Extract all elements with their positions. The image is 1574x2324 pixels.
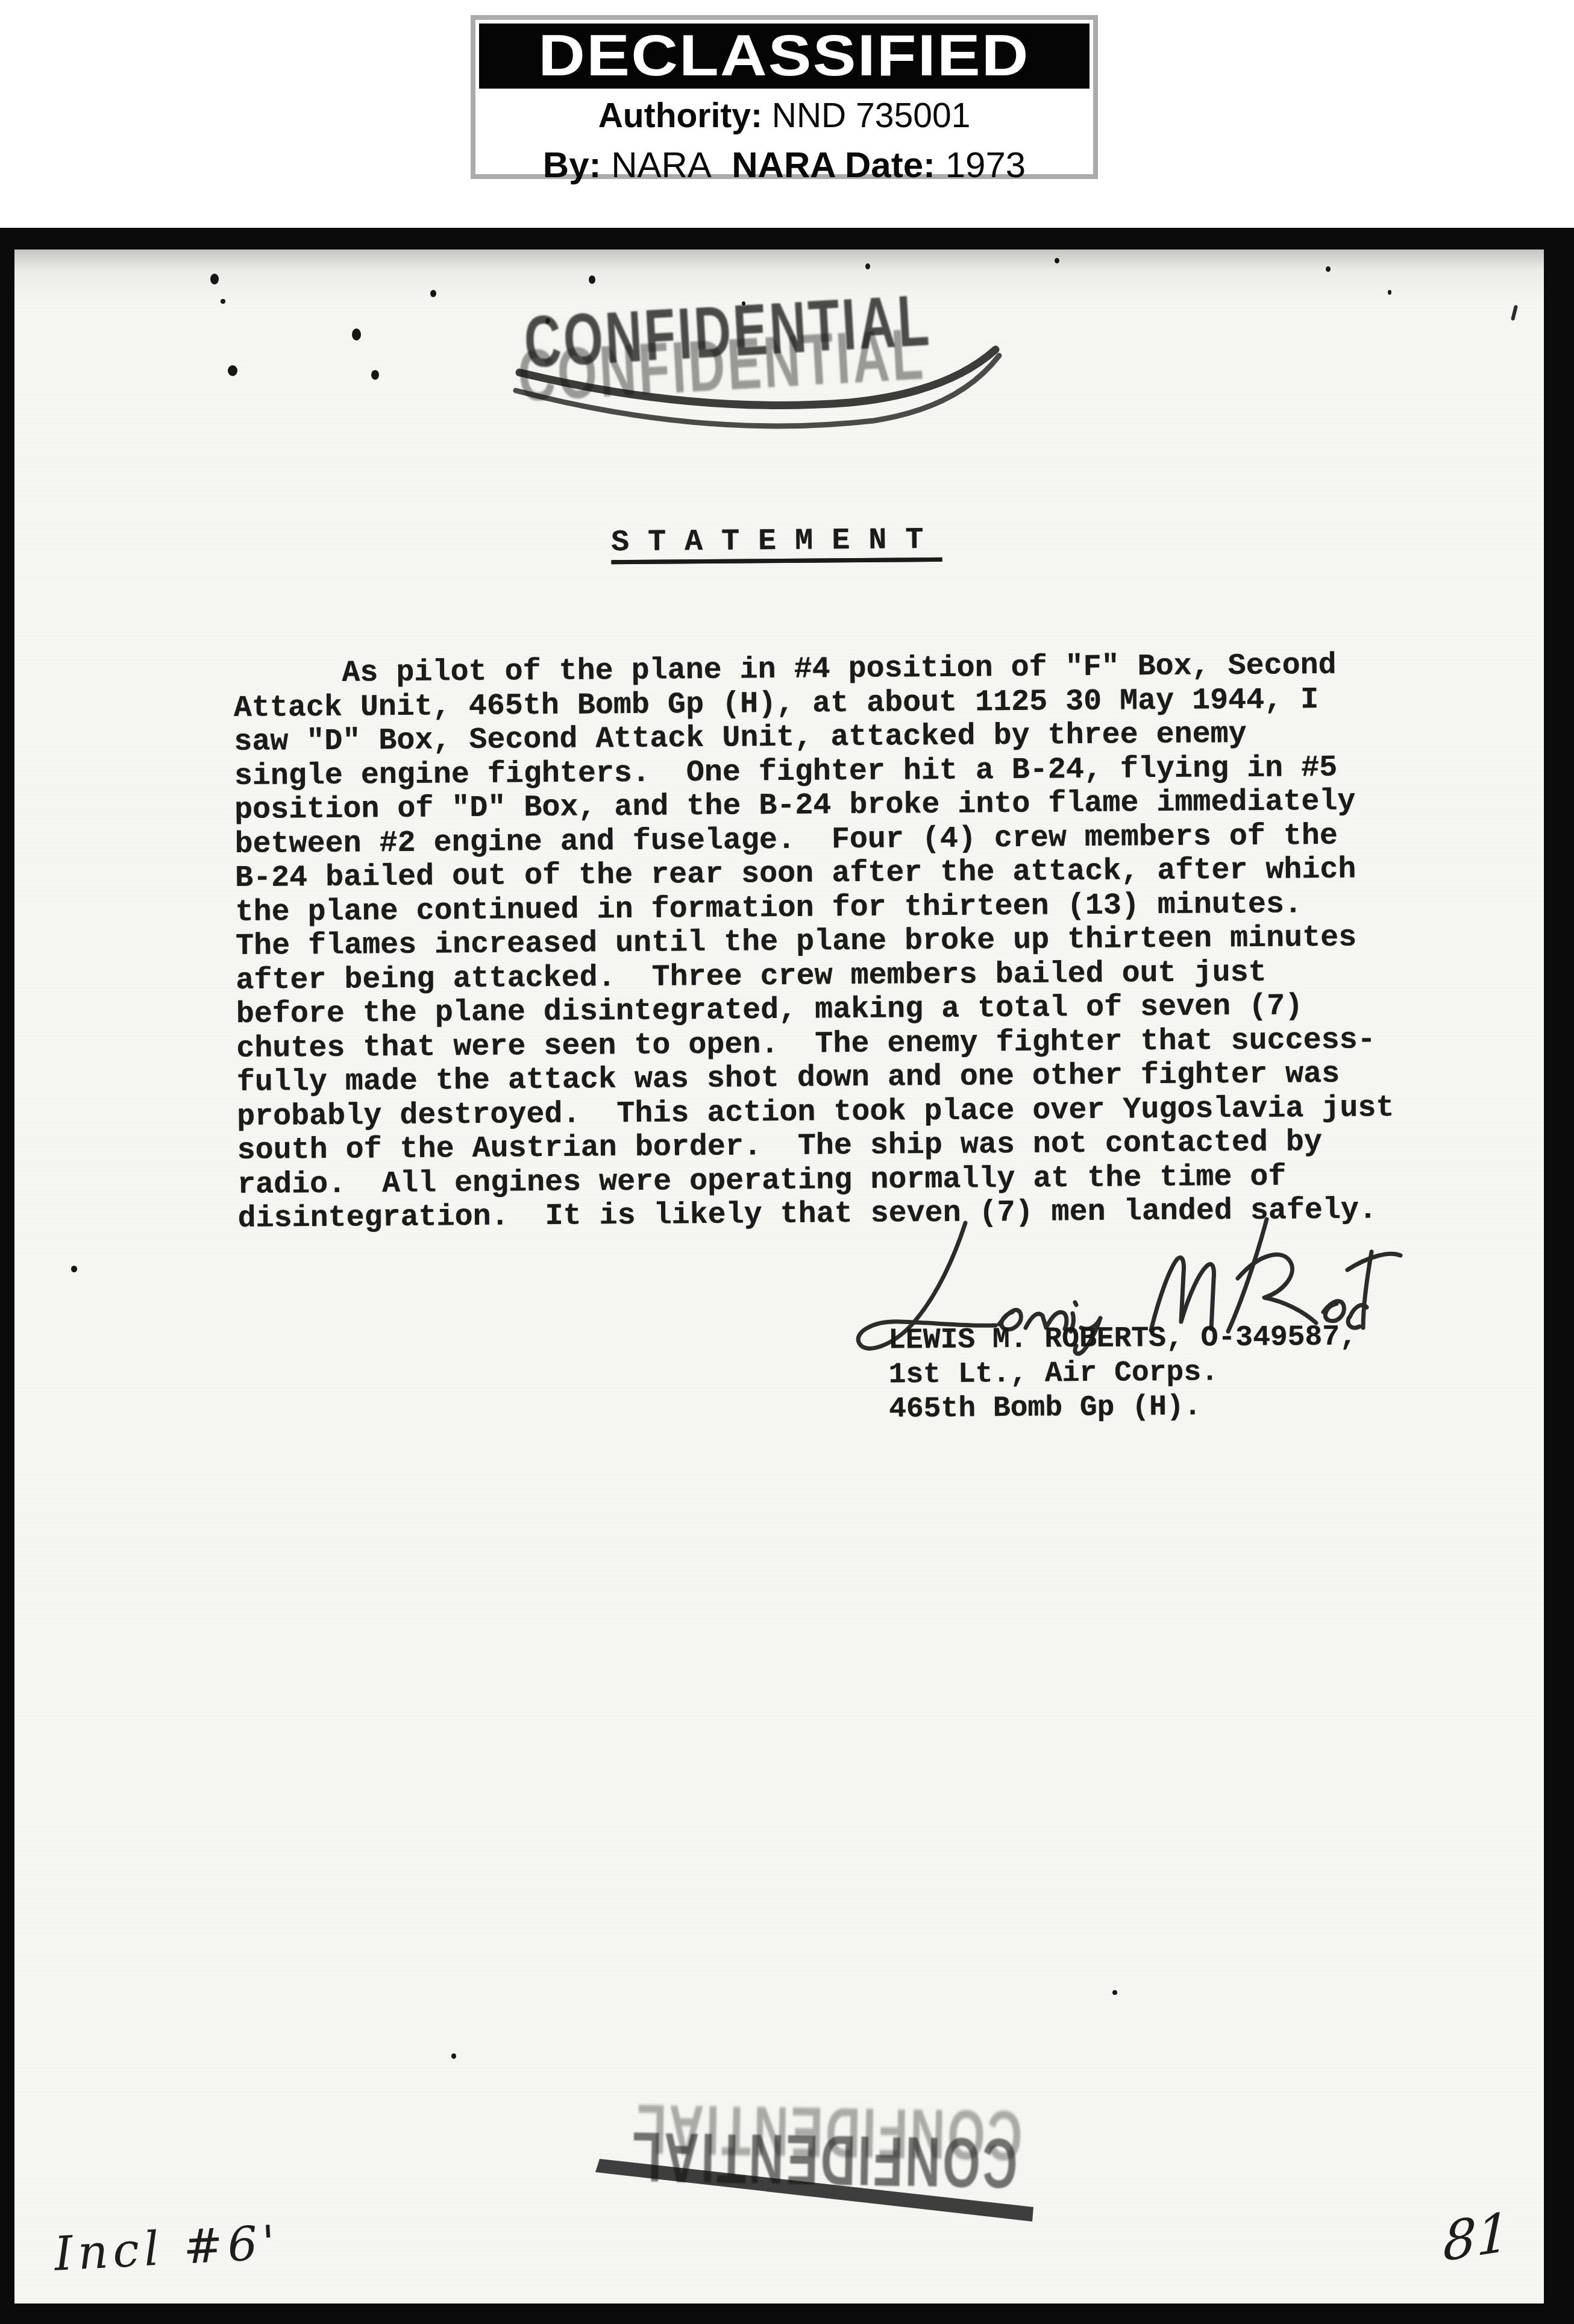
declassified-stamp-box: DECLASSIFIED Authority: NND 735001 By: N… — [471, 15, 1098, 179]
strikeout-line — [566, 2146, 1055, 2242]
nara-date-label: NARA Date: — [732, 145, 935, 185]
document-paper: CONFIDENTIAL CONFIDENTIAL STATEMENT As p… — [14, 250, 1544, 2304]
page-number-annotation: 81 — [1443, 2200, 1510, 2273]
signature-unit-line: 465th Bomb Gp (H). — [889, 1389, 1358, 1427]
authority-line: Authority: NND 735001 — [479, 96, 1090, 136]
statement-heading: STATEMENT — [12, 518, 1541, 565]
declassified-title: DECLASSIFIED — [539, 23, 1030, 89]
scan-black-frame: CONFIDENTIAL CONFIDENTIAL STATEMENT As p… — [0, 228, 1574, 2324]
by-line: By: NARA NARA Date: 1973 — [479, 144, 1090, 186]
authority-value: NND 735001 — [772, 96, 971, 135]
statement-body: As pilot of the plane in #4 position of … — [233, 649, 1395, 1237]
nara-date-value: 1973 — [945, 145, 1026, 185]
by-value: NARA — [611, 145, 712, 185]
authority-label: Authority: — [598, 96, 762, 135]
by-label: By: — [543, 145, 601, 185]
declassified-title-bar: DECLASSIFIED — [479, 24, 1090, 89]
handwritten-signature — [838, 1214, 1404, 1365]
